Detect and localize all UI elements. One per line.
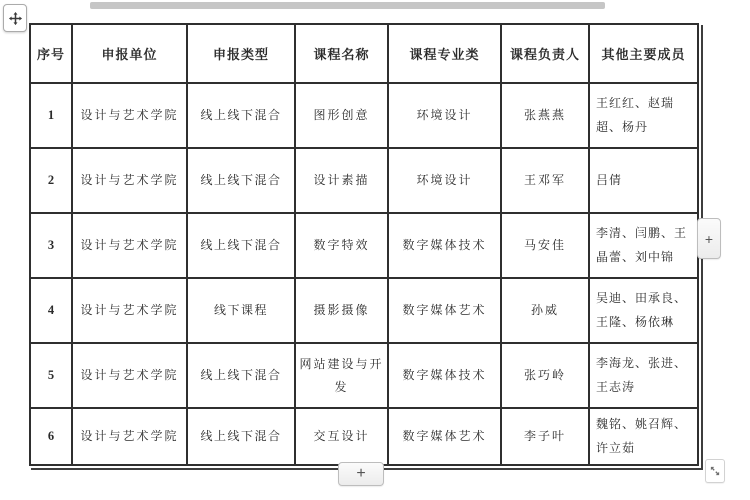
table-cell[interactable]: 网站建设与开发 — [295, 343, 388, 408]
table-row: 3设计与艺术学院线上线下混合数字特效数字媒体技术马安佳李清、闫鹏、王晶蕾、刘中锦 — [30, 213, 698, 278]
table-cell[interactable]: 李海龙、张进、王志涛 — [589, 343, 698, 408]
table-cell[interactable]: 数字媒体艺术 — [388, 408, 501, 465]
header-cell[interactable]: 课程名称 — [295, 24, 388, 83]
table-cell[interactable]: 摄影摄像 — [295, 278, 388, 343]
table-row: 6设计与艺术学院线上线下混合交互设计数字媒体艺术李子叶魏铭、姚召辉、许立茹 — [30, 408, 698, 465]
table-cell[interactable]: 数字特效 — [295, 213, 388, 278]
table-cell[interactable]: 李子叶 — [501, 408, 589, 465]
table-cell[interactable]: 设计与艺术学院 — [72, 343, 187, 408]
table-cell[interactable]: 设计与艺术学院 — [72, 213, 187, 278]
table-cell[interactable]: 环境设计 — [388, 148, 501, 213]
table-cell[interactable]: 1 — [30, 83, 72, 148]
table-cell[interactable]: 交互设计 — [295, 408, 388, 465]
table-cell[interactable]: 线下课程 — [187, 278, 295, 343]
course-table-container: 序号申报单位申报类型课程名称课程专业类课程负责人其他主要成员 1设计与艺术学院线… — [29, 23, 699, 466]
table-cell[interactable]: 吴迪、田承良、王隆、杨依琳 — [589, 278, 698, 343]
table-cell[interactable]: 线上线下混合 — [187, 148, 295, 213]
table-cell[interactable]: 张燕燕 — [501, 83, 589, 148]
move-icon — [8, 11, 23, 26]
table-cell[interactable]: 图形创意 — [295, 83, 388, 148]
table-cell[interactable]: 张巧岭 — [501, 343, 589, 408]
table-cell[interactable]: 王红红、赵瑞超、杨丹 — [589, 83, 698, 148]
table-cell[interactable]: 数字媒体技术 — [388, 213, 501, 278]
table-cell[interactable]: 线上线下混合 — [187, 83, 295, 148]
table-cell[interactable]: 4 — [30, 278, 72, 343]
add-row-button[interactable]: + — [338, 462, 384, 486]
course-table: 序号申报单位申报类型课程名称课程专业类课程负责人其他主要成员 1设计与艺术学院线… — [29, 23, 699, 466]
header-cell[interactable]: 序号 — [30, 24, 72, 83]
table-cell[interactable]: 设计与艺术学院 — [72, 408, 187, 465]
table-cell[interactable]: 设计与艺术学院 — [72, 278, 187, 343]
table-cell[interactable]: 2 — [30, 148, 72, 213]
table-cell[interactable]: 设计与艺术学院 — [72, 83, 187, 148]
table-cell[interactable]: 马安佳 — [501, 213, 589, 278]
table-cell[interactable]: 孙威 — [501, 278, 589, 343]
table-cell[interactable]: 魏铭、姚召辉、许立茹 — [589, 408, 698, 465]
table-cell[interactable]: 数字媒体艺术 — [388, 278, 501, 343]
table-cell[interactable]: 线上线下混合 — [187, 343, 295, 408]
table-header-row: 序号申报单位申报类型课程名称课程专业类课程负责人其他主要成员 — [30, 24, 698, 83]
plus-icon: + — [356, 466, 365, 482]
table-move-handle[interactable] — [3, 4, 27, 32]
add-column-button[interactable]: + — [697, 218, 721, 259]
table-cell[interactable]: 设计素描 — [295, 148, 388, 213]
header-cell[interactable]: 课程负责人 — [501, 24, 589, 83]
table-cell[interactable]: 线上线下混合 — [187, 213, 295, 278]
header-cell[interactable]: 其他主要成员 — [589, 24, 698, 83]
table-body: 1设计与艺术学院线上线下混合图形创意环境设计张燕燕王红红、赵瑞超、杨丹2设计与艺… — [30, 83, 698, 465]
table-row: 1设计与艺术学院线上线下混合图形创意环境设计张燕燕王红红、赵瑞超、杨丹 — [30, 83, 698, 148]
table-cell[interactable]: 6 — [30, 408, 72, 465]
plus-icon: + — [705, 232, 713, 246]
horizontal-scrollbar[interactable] — [90, 2, 605, 9]
table-cell[interactable]: 线上线下混合 — [187, 408, 295, 465]
table-cell[interactable]: 数字媒体技术 — [388, 343, 501, 408]
table-row: 5设计与艺术学院线上线下混合网站建设与开发数字媒体技术张巧岭李海龙、张进、王志涛 — [30, 343, 698, 408]
table-cell[interactable]: 环境设计 — [388, 83, 501, 148]
table-cell[interactable]: 设计与艺术学院 — [72, 148, 187, 213]
table-cell[interactable]: 3 — [30, 213, 72, 278]
table-row: 2设计与艺术学院线上线下混合设计素描环境设计王邓军吕倩 — [30, 148, 698, 213]
table-cell[interactable]: 5 — [30, 343, 72, 408]
table-resize-handle[interactable] — [705, 459, 725, 483]
table-cell[interactable]: 王邓军 — [501, 148, 589, 213]
header-cell[interactable]: 申报单位 — [72, 24, 187, 83]
table-cell[interactable]: 李清、闫鹏、王晶蕾、刘中锦 — [589, 213, 698, 278]
header-cell[interactable]: 申报类型 — [187, 24, 295, 83]
table-row: 4设计与艺术学院线下课程摄影摄像数字媒体艺术孙威吴迪、田承良、王隆、杨依琳 — [30, 278, 698, 343]
table-cell[interactable]: 吕倩 — [589, 148, 698, 213]
resize-diagonal-icon — [709, 465, 721, 477]
header-cell[interactable]: 课程专业类 — [388, 24, 501, 83]
